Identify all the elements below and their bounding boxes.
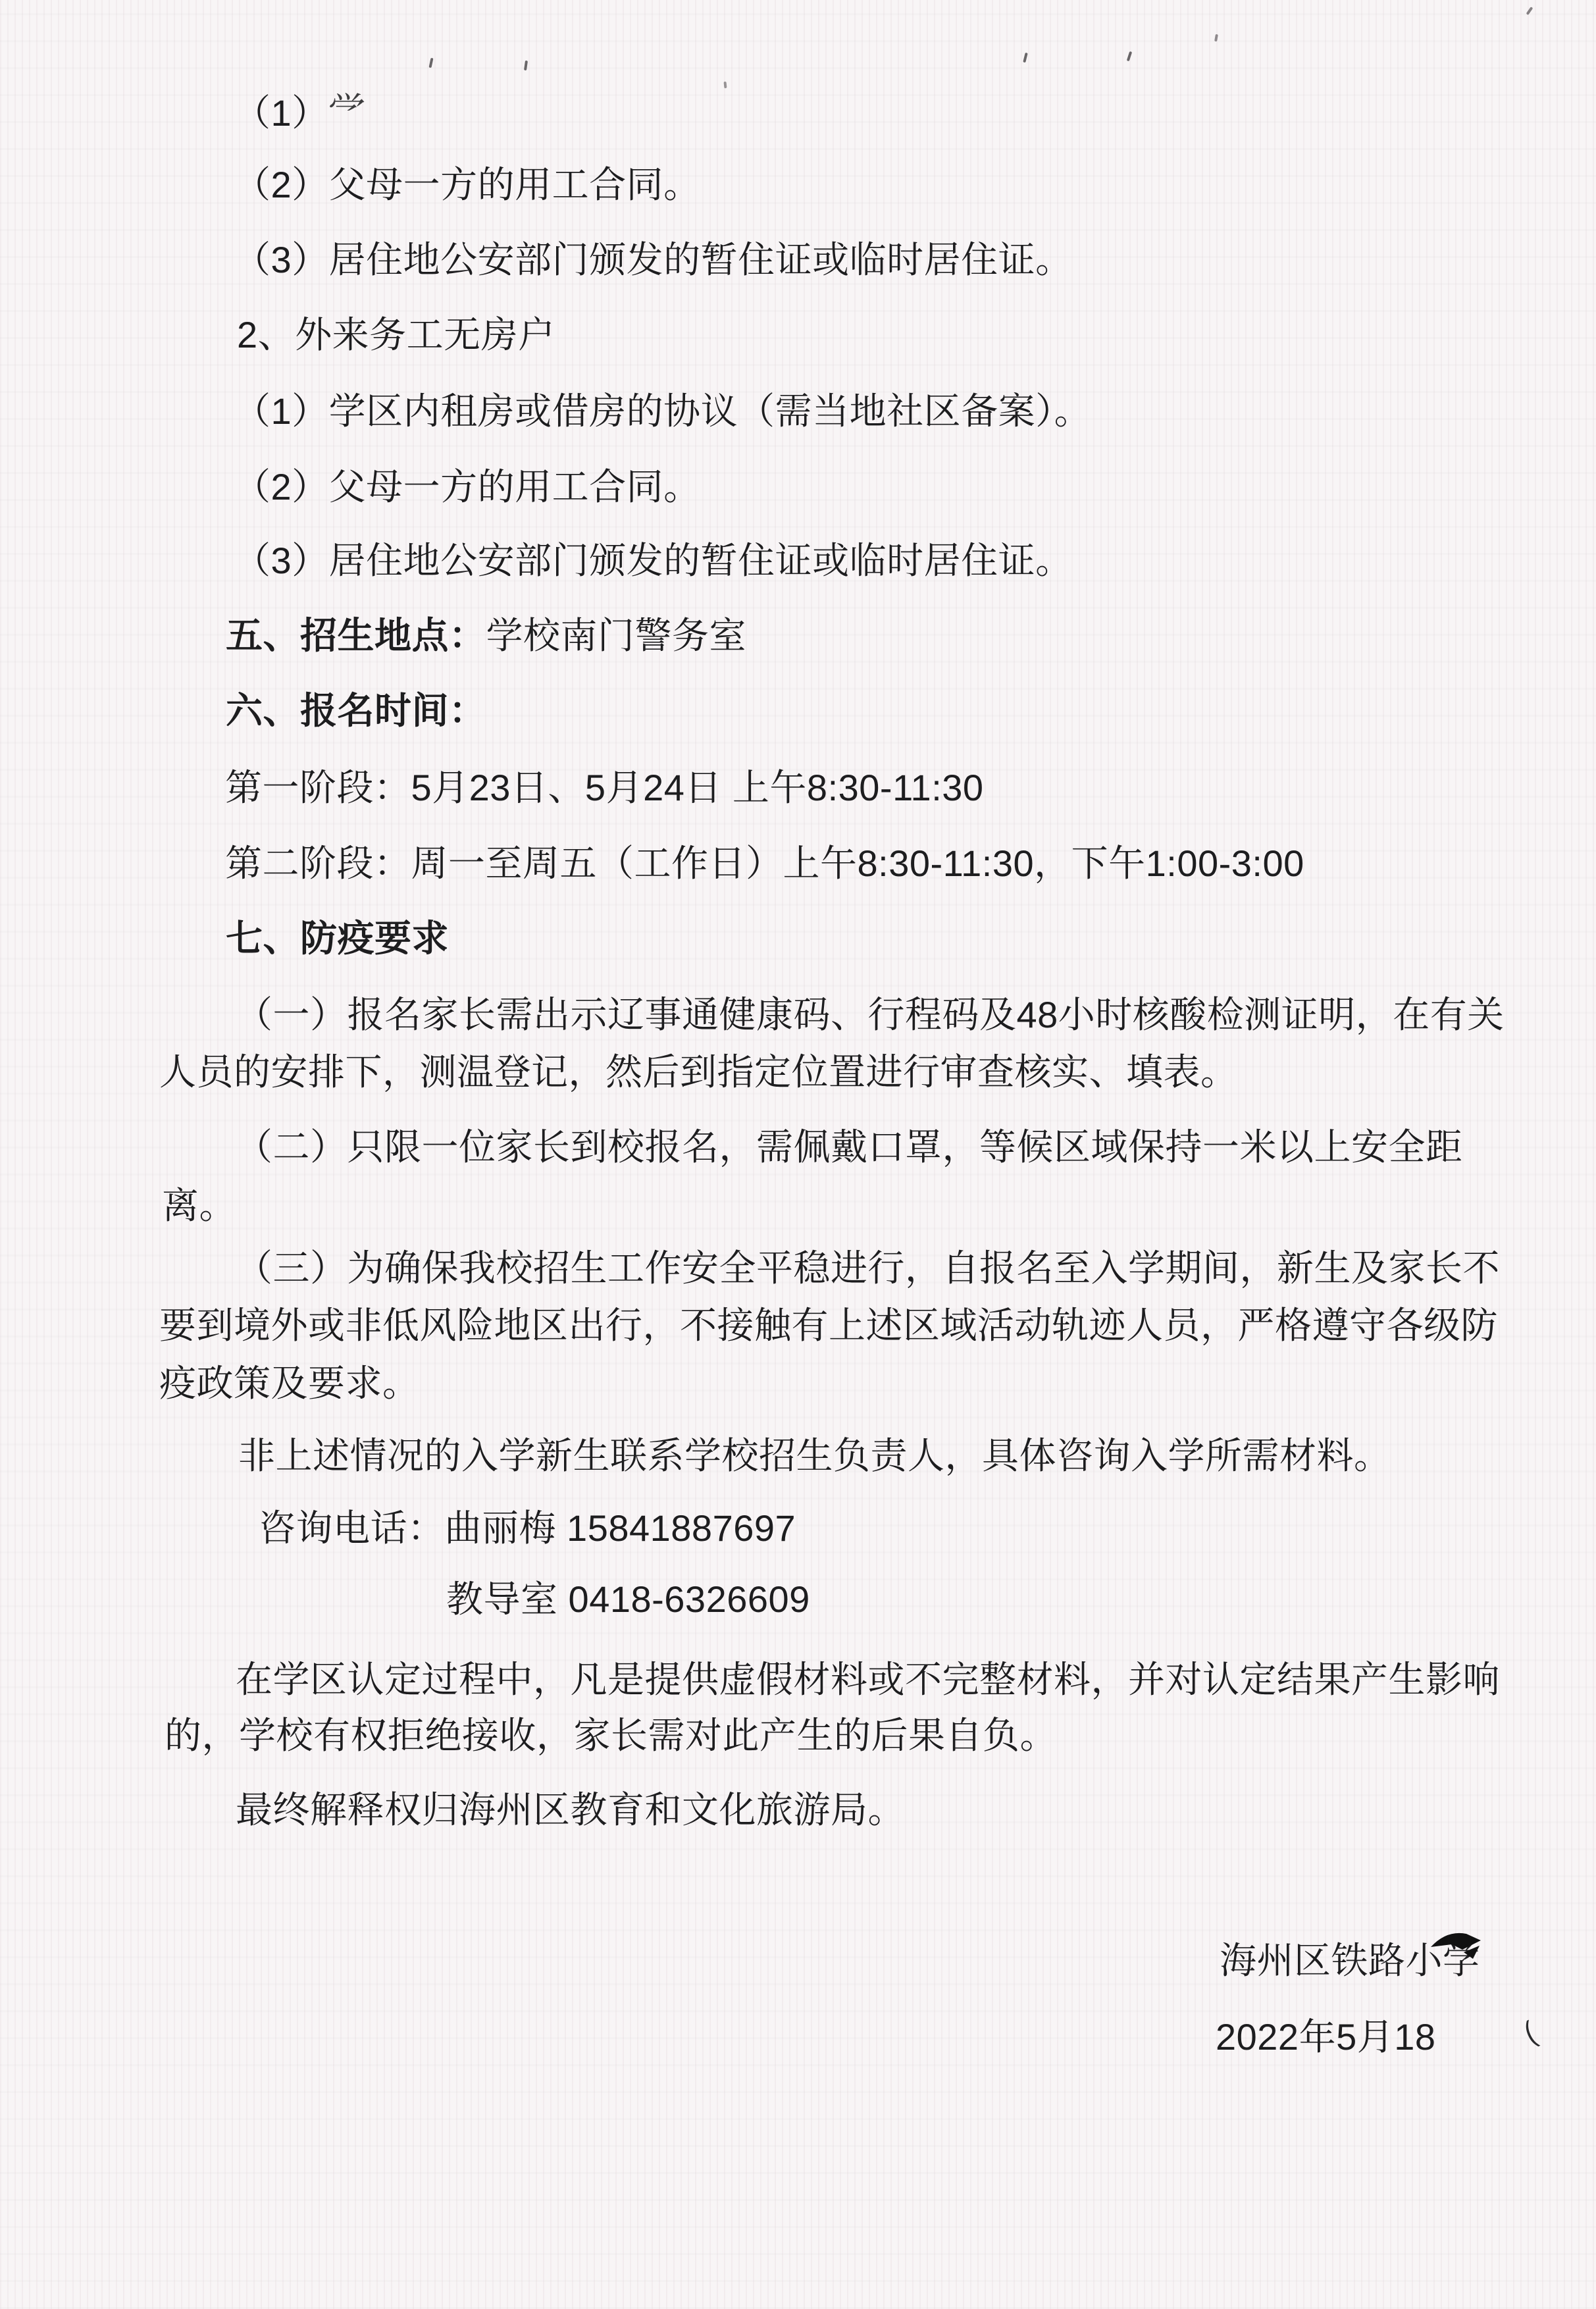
scan-speck <box>1023 53 1028 63</box>
rent-item-1-partial: （1）学 <box>234 90 366 136</box>
scan-speck <box>723 82 727 88</box>
covid-rule-3-line-3: 疫政策及要求。 <box>159 1361 420 1407</box>
clipped-char: 学 <box>328 93 367 111</box>
section-7-heading: 七、防疫要求 <box>226 916 449 962</box>
cursor-arrow-icon <box>1429 1927 1486 1961</box>
disclaimer-line-1: 在学区认定过程中，凡是提供虚假材料或不完整材料，并对认定结果产生影响 <box>236 1657 1500 1703</box>
office-phone-line: 教导室 0418-6326609 <box>446 1576 810 1622</box>
covid-rule-2-line-1: （二）只限一位家长到校报名，需佩戴口罩，等候区域保持一米以上安全距 <box>236 1124 1463 1170</box>
rent-item-2: （2）父母一方的用工合同。 <box>234 162 701 208</box>
final-interpretation-line: 最终解释权归海州区教育和文化旅游局。 <box>236 1787 905 1833</box>
nohouse-item-1: （1）学区内租房或借房的协议（需当地社区备案）。 <box>234 388 1091 434</box>
section-6-heading: 六、报名时间： <box>226 688 486 734</box>
phase-2-line: 第二阶段：周一至周五（工作日）上午8:30-11:30，下午1:00-3:00 <box>225 841 1304 887</box>
stray-mark: ( <box>1520 2017 1540 2048</box>
nohouse-item-2: （2）父母一方的用工合同。 <box>234 464 701 510</box>
covid-rule-3-line-2: 要到境外或非低风险地区出行，不接触有上述区域活动轨迹人员，严格遵守各级防 <box>159 1303 1498 1349</box>
covid-rule-1-line-2: 人员的安排下，测温登记，然后到指定位置进行审查核实、填表。 <box>159 1049 1238 1095</box>
signature-date-line: 2022年5月18 <box>1216 2014 1436 2060</box>
section-5-heading: 五、招生地点：学校南门警务室 <box>226 613 746 659</box>
subsection-2-title: 2、外来务工无房户 <box>237 312 555 358</box>
scan-speck <box>524 61 528 70</box>
phase-1-line: 第一阶段：5月23日、5月24日 上午8:30-11:30 <box>225 765 984 811</box>
rent-item-3: （3）居住地公安部门颁发的暂住证或临时居住证。 <box>234 237 1073 283</box>
scanned-document-page: （1）学 （2）父母一方的用工合同。 （3）居住地公安部门颁发的暂住证或临时居住… <box>0 0 1596 2309</box>
scan-speck <box>1526 7 1533 15</box>
item-prefix: （1） <box>234 92 329 134</box>
covid-rule-1-line-1: （一）报名家长需出示辽事通健康码、行程码及48小时核酸检测证明，在有关 <box>236 992 1505 1038</box>
section-5-value: 学校南门警务室 <box>486 615 747 656</box>
section-5-label: 五、招生地点： <box>226 615 486 656</box>
scan-speck <box>428 58 433 68</box>
disclaimer-line-2: 的，学校有权拒绝接收，家长需对此产生的后果自负。 <box>165 1713 1057 1759</box>
contact-note-line: 非上述情况的入学新生联系学校招生负责人，具体咨询入学所需材料。 <box>238 1433 1391 1479</box>
covid-rule-3-line-1: （三）为确保我校招生工作安全平稳进行，自报名至入学期间，新生及家长不 <box>236 1245 1500 1291</box>
nohouse-item-3: （3）居住地公安部门颁发的暂住证或临时居住证。 <box>234 538 1073 584</box>
contact-phone-line: 咨询电话：曲丽梅 15841887697 <box>259 1505 796 1551</box>
scan-speck <box>1214 34 1218 42</box>
covid-rule-2-line-2: 离。 <box>162 1183 236 1229</box>
scan-speck <box>1127 51 1132 62</box>
